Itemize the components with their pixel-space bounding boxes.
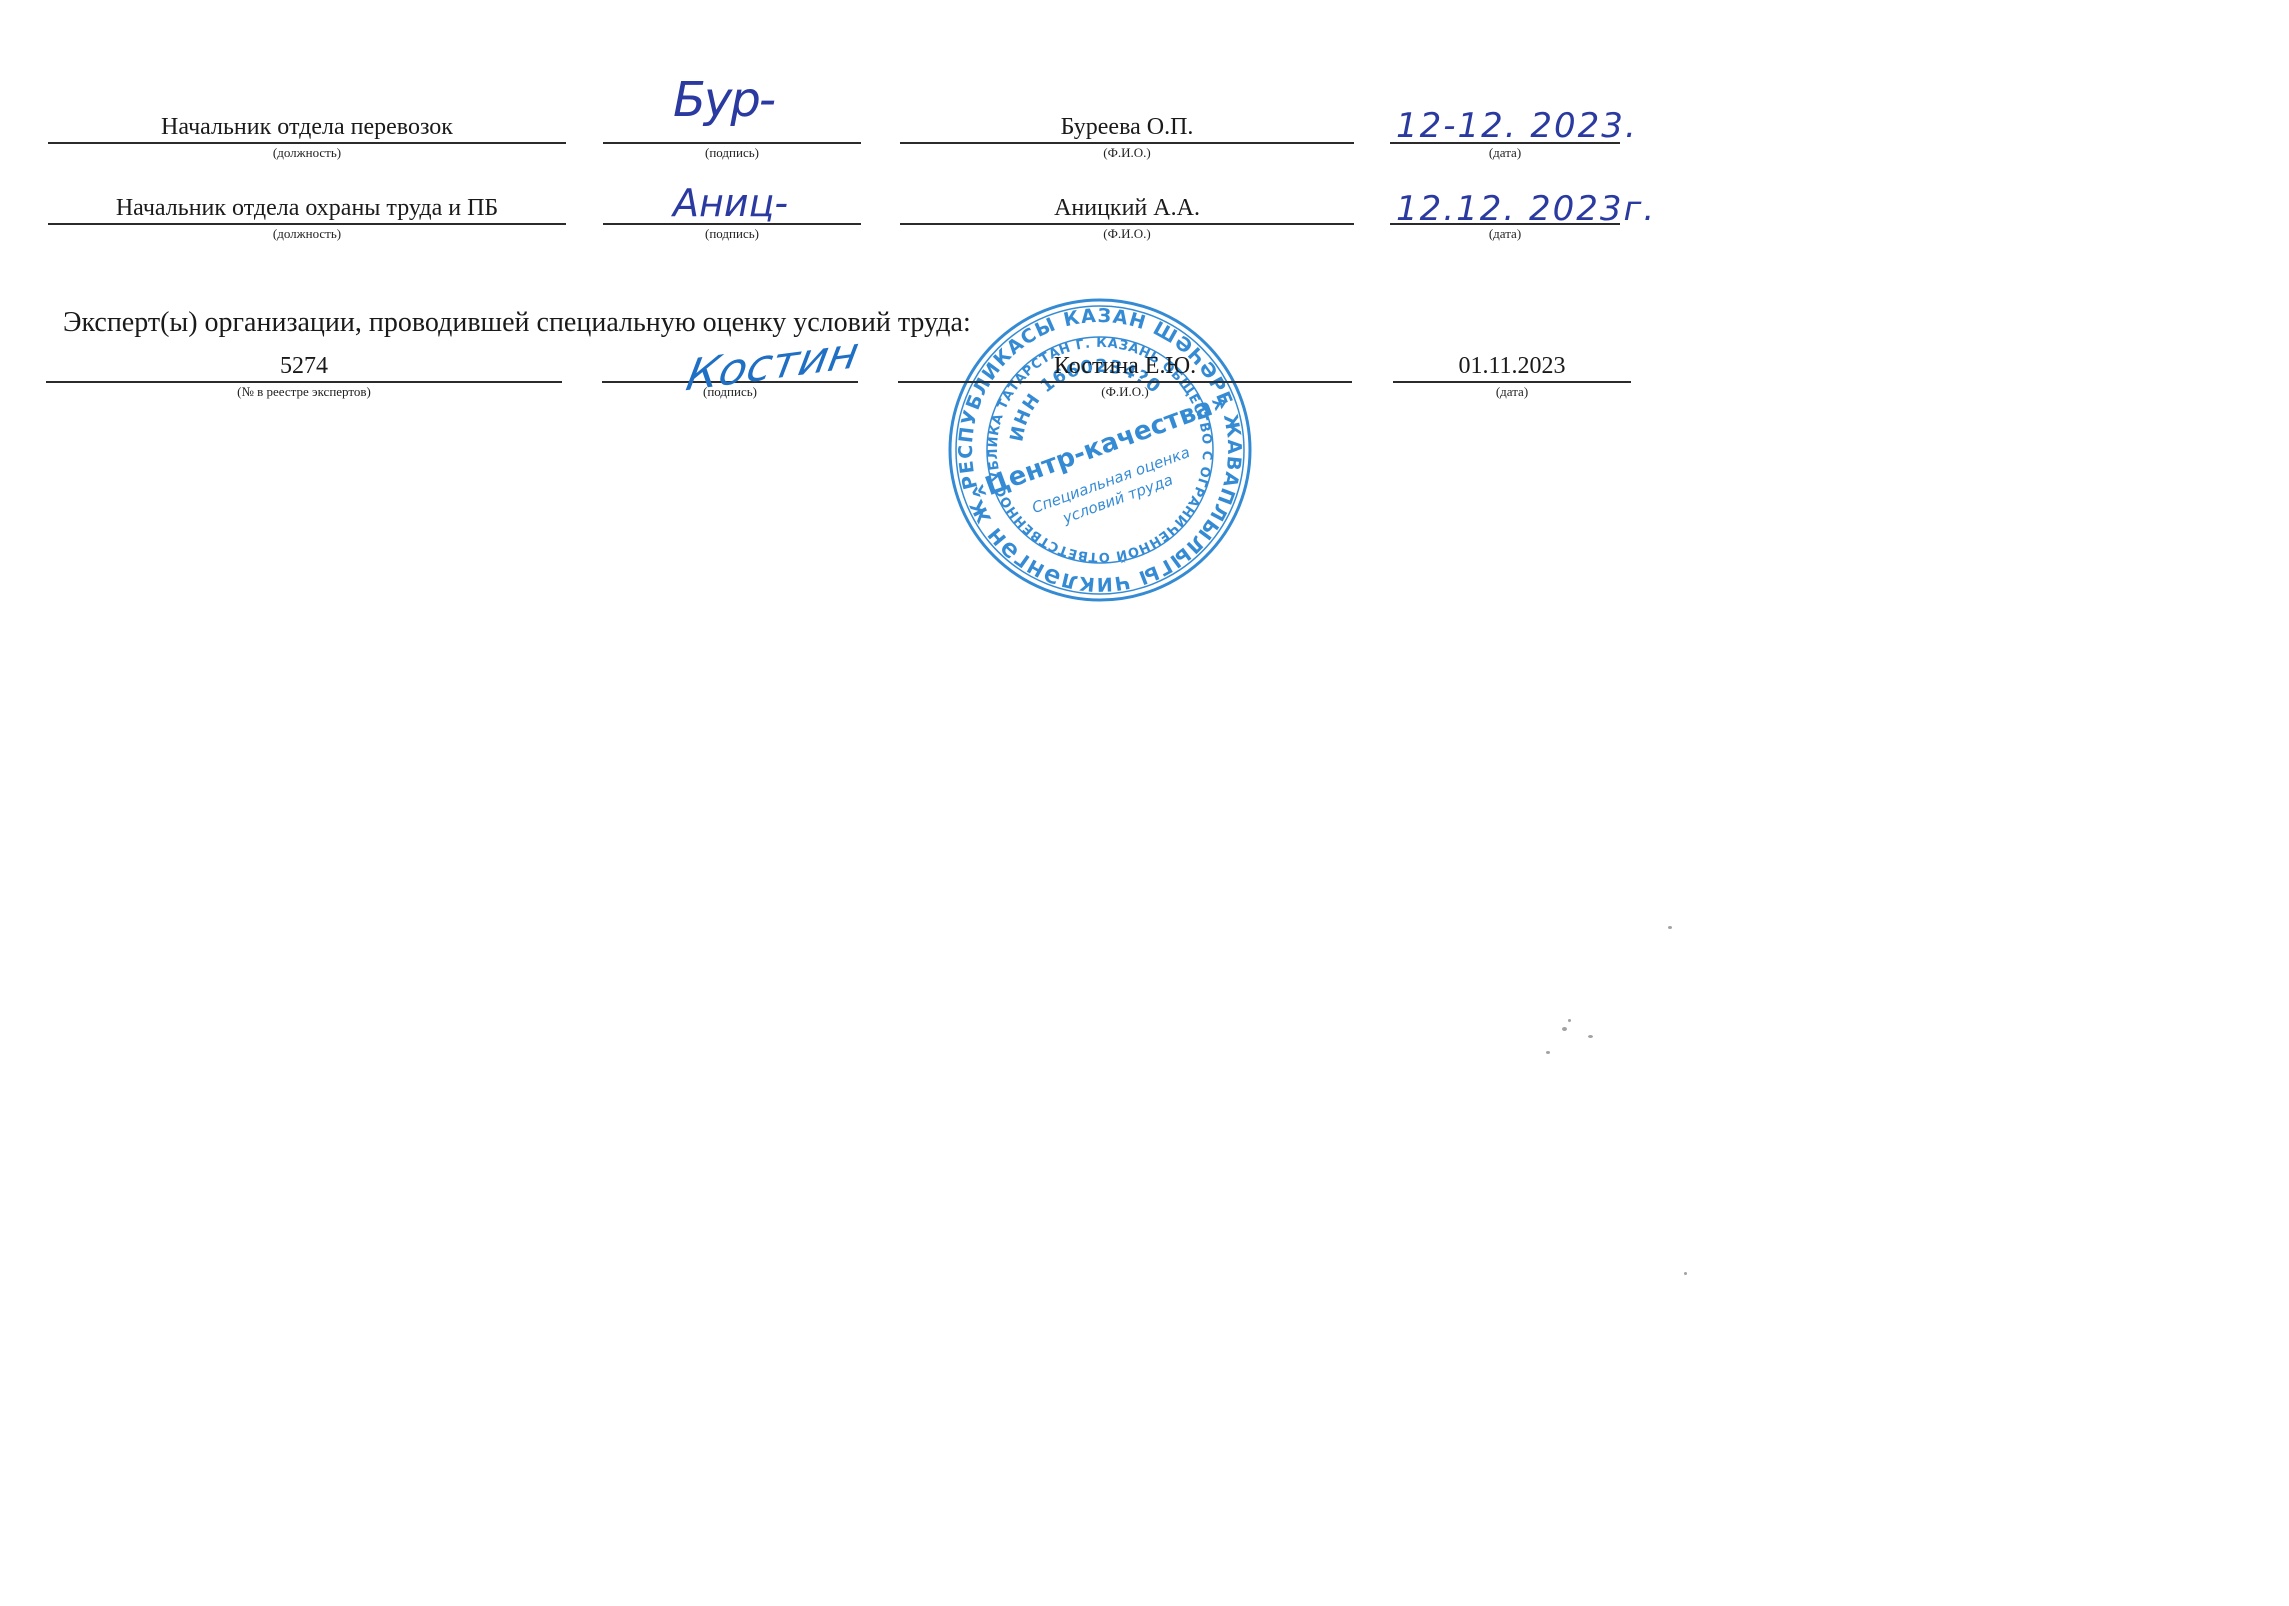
name-field: Костина Е.Ю. (Ф.И.О.) [898,351,1352,411]
registry-number-text: 5274 [46,353,562,379]
underline [1390,223,1620,225]
position-text: Начальник отдела перевозок [48,114,566,140]
underline [900,223,1354,225]
underline [48,142,566,144]
underline [900,142,1354,144]
name-field: Аницкий А.А. (Ф.И.О.) [900,193,1354,253]
registry-caption: (№ в реестре экспертов) [46,385,562,399]
scan-speck [1684,1272,1687,1275]
date-text: 01.11.2023 [1393,353,1631,379]
position-field: Начальник отдела перевозок (должность) [48,112,566,172]
signature-caption: (подпись) [603,146,861,160]
registry-number-field: 5274 (№ в реестре экспертов) [46,351,562,411]
name-caption: (Ф.И.О.) [900,146,1354,160]
handwritten-signature: Бур- [673,72,774,128]
position-field: Начальник отдела охраны труда и ПБ (долж… [48,193,566,253]
date-field: 12.12. 2023г. (дата) [1390,193,1620,253]
scan-speck [1588,1035,1593,1038]
underline [48,223,566,225]
name-text: Костина Е.Ю. [898,353,1352,379]
underline [898,381,1352,383]
name-field: Буреева О.П. (Ф.И.О.) [900,112,1354,172]
position-caption: (должность) [48,227,566,241]
underline [1393,381,1631,383]
name-text: Аницкий А.А. [900,195,1354,221]
scan-speck [1568,1019,1571,1022]
underline [46,381,562,383]
position-text: Начальник отдела охраны труда и ПБ [48,195,566,221]
signature-field: (подпись) Костин [602,351,858,411]
date-caption: (дата) [1390,227,1620,241]
scan-speck [1546,1051,1550,1054]
underline [1390,142,1620,144]
handwritten-date: 12-12. 2023. [1396,106,1638,146]
stamp-seal-icon: ТАТАРСТАН РЕСПУБЛИКАСЫ КАЗАН ШӘҺӘРЕ ЖАВА… [945,295,1255,605]
signature-field: Бур- (подпись) [603,112,861,172]
date-caption: (дата) [1393,385,1631,399]
handwritten-signature: Аниц- [673,181,788,225]
position-caption: (должность) [48,146,566,160]
date-field: 01.11.2023 (дата) [1393,351,1631,411]
name-caption: (Ф.И.О.) [898,385,1352,399]
scan-speck [1668,926,1672,929]
underline [603,142,861,144]
organization-stamp: ТАТАРСТАН РЕСПУБЛИКАСЫ КАЗАН ШӘҺӘРЕ ЖАВА… [945,295,1255,605]
date-caption: (дата) [1390,146,1620,160]
date-field: 12-12. 2023. (дата) [1390,112,1620,172]
name-text: Буреева О.П. [900,114,1354,140]
name-caption: (Ф.И.О.) [900,227,1354,241]
signature-caption: (подпись) [603,227,861,241]
signature-field: Аниц- (подпись) [603,193,861,253]
underline [603,223,861,225]
scan-speck [1562,1027,1567,1031]
